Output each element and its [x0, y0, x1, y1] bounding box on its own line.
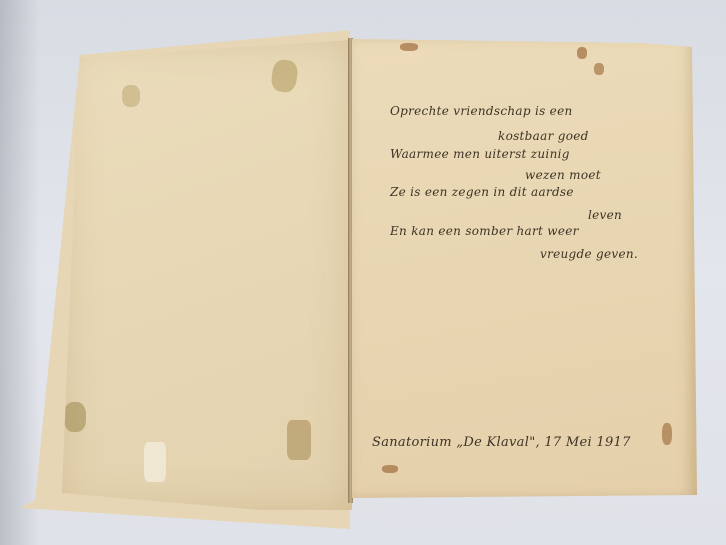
inscription-line: vreugde geven. — [540, 247, 638, 261]
stain — [270, 58, 299, 93]
inscription-line: En kan een somber hart weer — [390, 224, 579, 238]
inscription-line: Waarmee men uiterst zuinig — [390, 147, 570, 161]
inscription-line: kostbaar goed — [498, 129, 589, 143]
stain — [287, 420, 311, 460]
inscription-line: Ze is een zegen in dit aardse — [390, 185, 574, 199]
inscription-line: leven — [588, 208, 622, 222]
inscription-line: Oprechte vriendschap is een — [390, 104, 573, 118]
stain — [662, 423, 672, 445]
inscription-line: wezen moet — [525, 168, 601, 182]
stain — [122, 85, 140, 107]
open-book: Oprechte vriendschap is een kostbaar goe… — [0, 0, 726, 545]
stain — [382, 465, 398, 473]
stain — [64, 402, 86, 432]
inscription-signature: Sanatorium „De Klaval", 17 Mei 1917 — [372, 435, 631, 450]
stain — [577, 47, 587, 59]
stain — [400, 43, 418, 51]
left-inner-cover — [62, 40, 352, 510]
stain — [594, 63, 604, 75]
stain — [144, 442, 166, 482]
